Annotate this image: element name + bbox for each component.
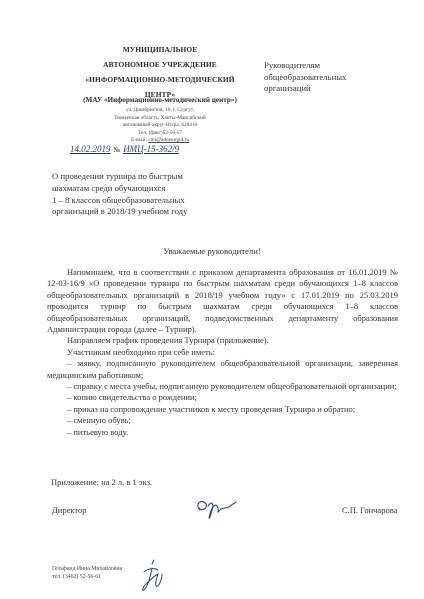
- signer-name: С.П. Гончарова: [342, 505, 397, 515]
- body-paragraph: Напоминаем, что в соответствии с приказо…: [47, 267, 398, 335]
- requirement-item: – сменную обувь;: [47, 415, 398, 426]
- registration-date: 14.02.2019: [70, 144, 111, 154]
- recipient-line: организаций: [264, 83, 404, 95]
- email-link[interactable]: cmi@admsurgut.ru: [148, 137, 189, 143]
- phone-fax: Тел. (факс)52-56-57: [62, 130, 258, 138]
- salutation: Уважаемые руководители!: [0, 246, 424, 256]
- email-label: E-mail:: [131, 137, 148, 143]
- org-line: МУНИЦИПАЛЬНОЕ: [62, 42, 258, 57]
- subject-line: организаций в 2018/19 учебном году: [52, 206, 252, 218]
- executor-name: Гельфанд Инна Михайловна: [52, 565, 122, 573]
- recipient-line: Руководителям: [264, 60, 404, 72]
- requirement-item: – приказ на сопровождение участников к м…: [47, 404, 398, 415]
- organization-short-name: (МАУ «Информационно-методический центр»): [60, 96, 260, 104]
- subject-line: шахматам среди обучающихся: [52, 183, 252, 195]
- body-paragraph: Направляем график проведения Турнира (пр…: [47, 335, 398, 346]
- letter-subject: О проведении турнира по быстрым шахматам…: [52, 171, 252, 218]
- letter-body: Напоминаем, что в соответствии с приказо…: [47, 267, 398, 438]
- organization-address: ул. Декабристов, 16, г. Сургут, Тюменска…: [62, 107, 258, 145]
- appendix-note: Приложение: на 2 л. в 1 экз.: [51, 477, 152, 487]
- address-line: ул. Декабристов, 16, г. Сургут,: [62, 107, 258, 115]
- org-line: АВТОНОМНОЕ УЧРЕЖДЕНИЕ: [62, 57, 258, 72]
- body-paragraph: Участникам необходимо при себе иметь:: [47, 347, 398, 358]
- signature-icon: [190, 496, 240, 522]
- address-line: автономный округ-Югра, 628416: [62, 122, 258, 130]
- executor-info: Гельфанд Инна Михайловна тел. (3462) 52-…: [52, 565, 122, 581]
- registration-number: 14.02.2019№ИМЦ-15-362/9: [70, 144, 260, 154]
- recipient-line: общеобразовательных: [264, 72, 404, 84]
- signer-position: Директор: [52, 505, 87, 515]
- initials-signature-icon: [138, 558, 166, 594]
- requirement-item: – заявку, подписанную руководителем обще…: [47, 358, 398, 381]
- subject-line: О проведении турнира по быстрым: [52, 171, 252, 183]
- org-line: «ИНФОРМАЦИОННО-МЕТОДИЧЕСКИЙ: [62, 72, 258, 87]
- registration-number-value: ИМЦ-15-362/9: [123, 144, 179, 154]
- requirement-item: – питьевую воду.: [47, 427, 398, 438]
- executor-phone: тел. (3462) 52-56-61: [52, 573, 122, 581]
- recipient-block: Руководителям общеобразовательных органи…: [264, 60, 404, 95]
- subject-line: 1 – 8 классов общеобразовательных: [52, 195, 252, 207]
- requirement-item: – копию свидетельства о рождении;: [47, 392, 398, 403]
- number-sign: №: [114, 146, 121, 154]
- requirement-item: – справку с места учебы, подписанную рук…: [47, 381, 398, 392]
- organization-name: МУНИЦИПАЛЬНОЕ АВТОНОМНОЕ УЧРЕЖДЕНИЕ «ИНФ…: [62, 42, 258, 102]
